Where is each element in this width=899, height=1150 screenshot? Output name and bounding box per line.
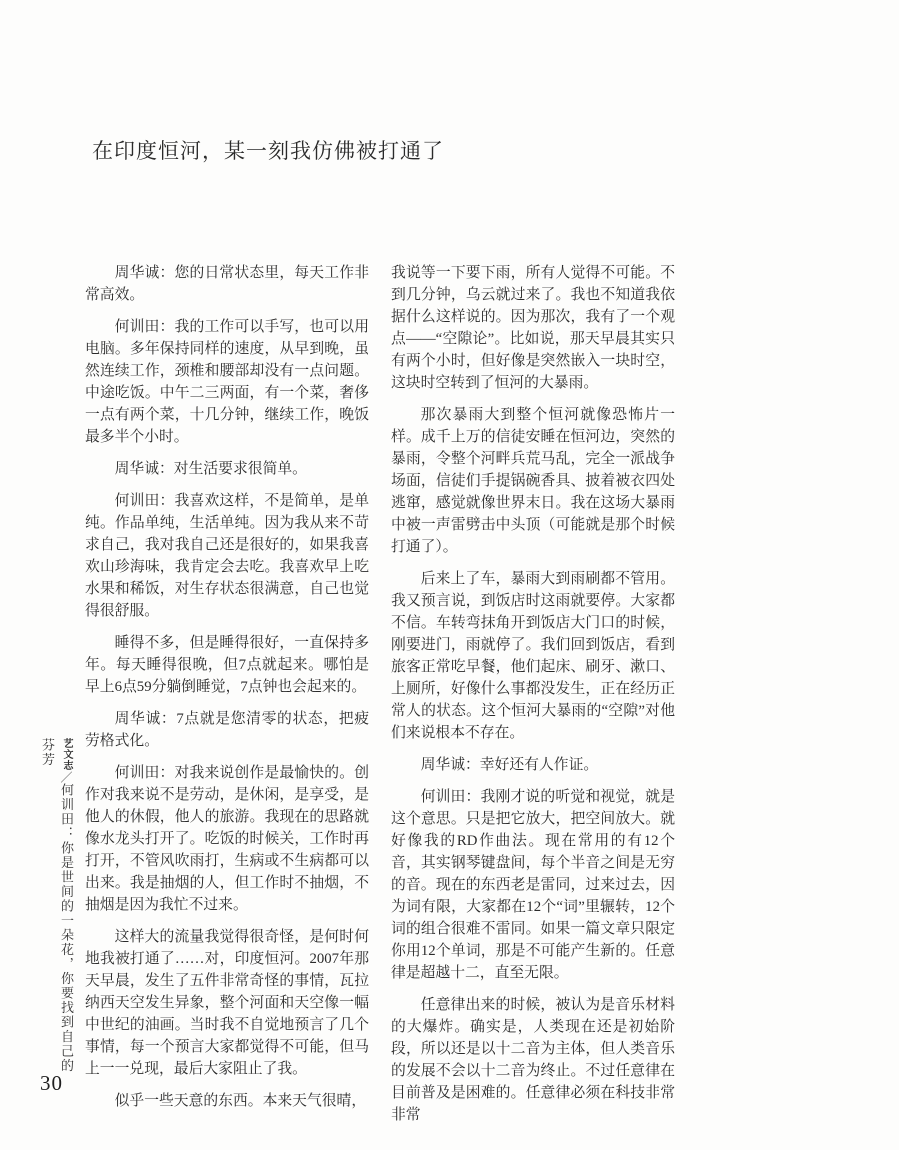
paragraph: 我说等一下要下雨，所有人觉得不可能。不到几分钟，乌云就过来了。我也不知道我依据什… bbox=[391, 262, 675, 394]
paragraph: 周华诚：7点就是您清零的状态，把疲劳格式化。 bbox=[85, 708, 369, 752]
sidebar-separator: ／ bbox=[59, 771, 73, 783]
article-column-left: 周华诚：您的日常状态里，每天工作非常高效。何训田：我的工作可以手写，也可以用电脑… bbox=[85, 262, 369, 1136]
sidebar-caption: 何训田：你是世间的一朵花，你要找到自己的芬芳 bbox=[40, 738, 74, 1073]
page-number: 30 bbox=[40, 1071, 63, 1096]
article-column-right: 我说等一下要下雨，所有人觉得不可能。不到几分钟，乌云就过来了。我也不知道我依据什… bbox=[391, 262, 675, 1136]
page-title: 在印度恒河，某一刻我仿佛被打通了 bbox=[92, 135, 444, 165]
paragraph: 周华诚：您的日常状态里，每天工作非常高效。 bbox=[85, 262, 369, 306]
sidebar-vertical-caption: 艺文志／何训田：你是世间的一朵花，你要找到自己的芬芳 bbox=[38, 738, 76, 1078]
paragraph: 这样大的流量我觉得很奇怪，是何时何地我被打通了……对，印度恒河。2007年那天早… bbox=[85, 926, 369, 1080]
article-body: 周华诚：您的日常状态里，每天工作非常高效。何训田：我的工作可以手写，也可以用电脑… bbox=[85, 262, 675, 1136]
paragraph: 睡得不多，但是睡得很好，一直保持多年。每天睡得很晚，但7点就起来。哪怕是早上6点… bbox=[85, 632, 369, 698]
magazine-page: 在印度恒河，某一刻我仿佛被打通了 周华诚：您的日常状态里，每天工作非常高效。何训… bbox=[0, 0, 899, 1150]
paragraph: 似乎一些天意的东西。本来天气很晴， bbox=[85, 1090, 369, 1112]
paragraph: 周华诚：对生活要求很简单。 bbox=[85, 458, 369, 480]
paragraph: 任意律出来的时候，被认为是音乐材料的大爆炸。确实是，人类现在还是初始阶段，所以还… bbox=[391, 994, 675, 1126]
paragraph: 何训田：我的工作可以手写，也可以用电脑。多年保持同样的速度，从早到晚，虽然连续工… bbox=[85, 316, 369, 448]
paragraph: 何训田：我喜欢这样，不是简单，是单纯。作品单纯，生活单纯。因为我从来不苛求自己，… bbox=[85, 490, 369, 622]
paragraph: 后来上了车，暴雨大到雨刷都不管用。我又预言说，到饭店时这雨就要停。大家都不信。车… bbox=[391, 568, 675, 744]
sidebar-section-label: 艺文志 bbox=[61, 738, 72, 771]
paragraph: 周华诚：幸好还有人作证。 bbox=[391, 754, 675, 776]
paragraph: 何训田：我刚才说的听觉和视觉，就是这个意思。只是把它放大，把空间放大。就好像我的… bbox=[391, 786, 675, 984]
paragraph: 那次暴雨大到整个恒河就像恐怖片一样。成千上万的信徒安睡在恒河边，突然的暴雨，令整… bbox=[391, 404, 675, 558]
paragraph: 何训田：对我来说创作是最愉快的。创作对我来说不是劳动，是休闲，是享受，是他人的休… bbox=[85, 762, 369, 916]
